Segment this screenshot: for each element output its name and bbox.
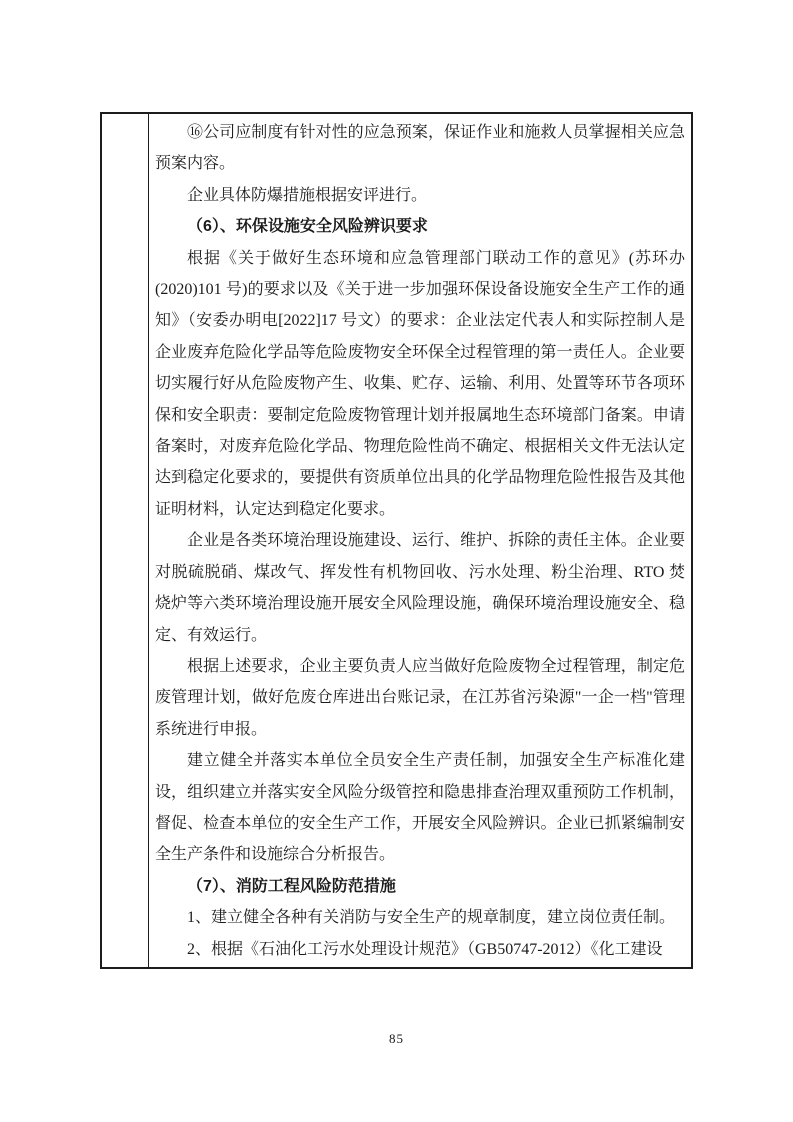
- paragraph: 建立健全并落实本单位全员安全生产责任制，加强安全生产标准化建设，组织建立并落实安…: [155, 745, 685, 871]
- paragraph: 2、根据《石油化工污水处理设计规范》（GB50747-2012）《化工建设: [155, 934, 685, 965]
- document-page: ⑯公司应制度有针对性的应急预案，保证作业和施救人员掌握相关应急预案内容。企业具体…: [0, 0, 793, 1122]
- paragraph: 根据上述要求，企业主要负责人应当做好危险废物全过程管理，制定危废管理计划，做好危…: [155, 651, 685, 745]
- section-heading: （7）、消防工程风险防范措施: [155, 871, 685, 902]
- paragraph: ⑯公司应制度有针对性的应急预案，保证作业和施救人员掌握相关应急预案内容。: [155, 117, 685, 180]
- paragraph: 1、建立健全各种有关消防与安全生产的规章制度，建立岗位责任制。: [155, 902, 685, 933]
- paragraph: 根据《关于做好生态环境和应急管理部门联动工作的意见》(苏环办(2020)101 …: [155, 243, 685, 526]
- page-number: 85: [0, 1031, 793, 1047]
- paragraph: 企业具体防爆措施根据安评进行。: [155, 180, 685, 211]
- table-left-column-cell: [102, 114, 149, 967]
- section-heading: （6）、环保设施安全风险辨识要求: [155, 211, 685, 242]
- paragraph: 企业是各类环境治理设施建设、运行、维护、拆除的责任主体。企业要对脱硫脱硝、煤改气…: [155, 525, 685, 651]
- content-table: ⑯公司应制度有针对性的应急预案，保证作业和施救人员掌握相关应急预案内容。企业具体…: [100, 112, 693, 969]
- table-content-cell: ⑯公司应制度有针对性的应急预案，保证作业和施救人员掌握相关应急预案内容。企业具体…: [149, 114, 691, 967]
